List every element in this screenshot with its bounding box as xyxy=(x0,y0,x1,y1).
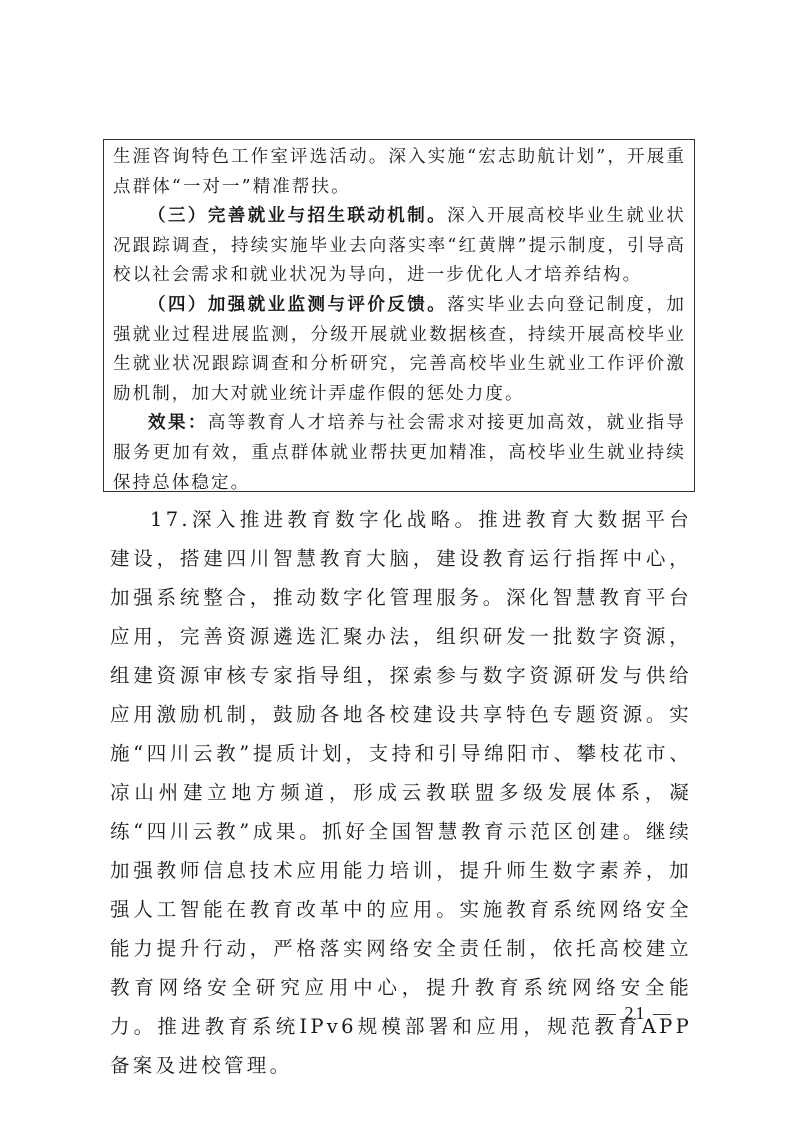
item-4-heading: （四）加强就业监测与评价反馈。 xyxy=(148,295,447,315)
main-body: 17.深入推进教育数字化战略。推进教育大数据平台建设，搭建四川智慧教育大脑，建设… xyxy=(110,500,692,1085)
effect-label: 效果： xyxy=(148,413,208,433)
box-paragraph-continuation: 生涯咨询特色工作室评选活动。深入实施“宏志助航计划”，开展重点群体“一对一”精准… xyxy=(113,143,686,202)
box-paragraph-item-3: （三）完善就业与招生联动机制。深入开展高校毕业生就业状况跟踪调查，持续实施毕业去… xyxy=(113,202,686,291)
page-number: — 21 — xyxy=(598,1003,673,1024)
box-paragraph-item-4: （四）加强就业监测与评价反馈。落实毕业去向登记制度，加强就业过程进展监测，分级开… xyxy=(113,291,686,409)
box-paragraph-effect: 效果：高等教育人才培养与社会需求对接更加高效，就业指导服务更加有效，重点群体就业… xyxy=(113,409,686,498)
summary-box: 生涯咨询特色工作室评选活动。深入实施“宏志助航计划”，开展重点群体“一对一”精准… xyxy=(103,139,695,492)
item-3-heading: （三）完善就业与招生联动机制。 xyxy=(148,206,447,226)
section-17-paragraph: 17.深入推进教育数字化战略。推进教育大数据平台建设，搭建四川智慧教育大脑，建设… xyxy=(110,500,692,1085)
